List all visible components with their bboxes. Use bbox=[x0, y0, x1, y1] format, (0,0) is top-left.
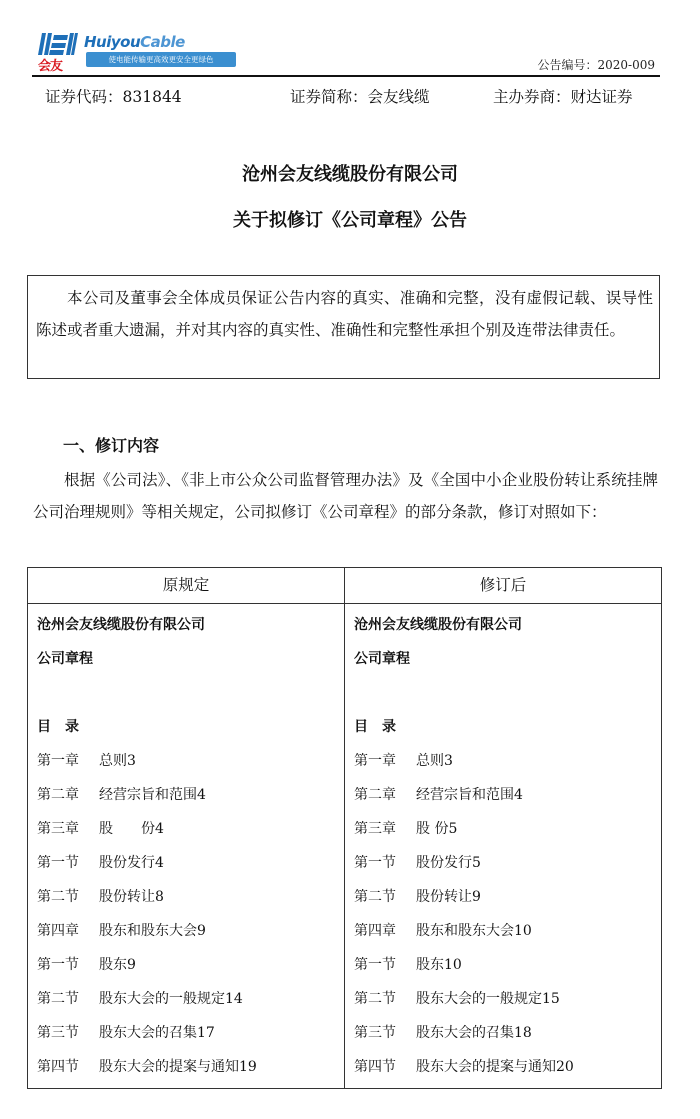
revision-comparison-table: 原规定 修订后 沧州会友线缆股份有限公司 公司章程 目 录 第一章总则3 第二章… bbox=[27, 567, 662, 1089]
section-paragraph: 根据《公司法》、《非上市公众公司监督管理办法》及《全国中小企业股份转让系统挂牌公… bbox=[33, 464, 658, 528]
toc-item: 第三章股 份5 bbox=[354, 812, 653, 846]
company-logo: 会友 HuiyouCable 使电能传输更高效更安全更绿色 bbox=[36, 33, 202, 73]
toc-item: 第二节股份转让8 bbox=[37, 880, 336, 914]
doc-name: 公司章程 bbox=[354, 642, 653, 676]
toc-item: 第四节股东大会的提案与通知19 bbox=[37, 1050, 336, 1084]
toc-item: 第三节股东大会的召集18 bbox=[354, 1016, 653, 1050]
toc-item: 第一章总则3 bbox=[354, 744, 653, 778]
logo-mark-icon: 会友 bbox=[36, 33, 80, 71]
toc-heading: 目 录 bbox=[37, 710, 336, 744]
toc-heading: 目 录 bbox=[354, 710, 653, 744]
company-name: 沧州会友线缆股份有限公司 bbox=[354, 608, 653, 642]
sponsor-broker: 主办券商：财达证券 bbox=[493, 85, 633, 107]
doc-name: 公司章程 bbox=[37, 642, 336, 676]
announcement-number: 公告编号：2020-009 bbox=[538, 56, 656, 73]
toc-item: 第四节股东大会的提案与通知20 bbox=[354, 1050, 653, 1084]
logo-wordmark: HuiyouCable bbox=[84, 33, 185, 51]
toc-item: 第二章经营宗旨和范围4 bbox=[37, 778, 336, 812]
toc-item: 第三节股东大会的召集17 bbox=[37, 1016, 336, 1050]
toc-item: 第一章总则3 bbox=[37, 744, 336, 778]
toc-item: 第二节股份转让9 bbox=[354, 880, 653, 914]
toc-item: 第一节股东9 bbox=[37, 948, 336, 982]
toc-item: 第一节股份发行4 bbox=[37, 846, 336, 880]
toc-item: 第二节股东大会的一般规定15 bbox=[354, 982, 653, 1016]
document-title-subject: 关于拟修订《公司章程》公告 bbox=[0, 206, 700, 232]
toc-item: 第二章经营宗旨和范围4 bbox=[354, 778, 653, 812]
disclaimer-box: 本公司及董事会全体成员保证公告内容的真实、准确和完整，没有虚假记载、误导性陈述或… bbox=[27, 275, 660, 379]
toc-item: 第四章股东和股东大会10 bbox=[354, 914, 653, 948]
column-header-revised: 修订后 bbox=[345, 568, 662, 604]
disclaimer-text: 本公司及董事会全体成员保证公告内容的真实、准确和完整，没有虚假记载、误导性陈述或… bbox=[36, 282, 653, 346]
logo-tagline: 使电能传输更高效更安全更绿色 bbox=[86, 52, 236, 67]
toc-item: 第一节股东10 bbox=[354, 948, 653, 982]
original-cell: 沧州会友线缆股份有限公司 公司章程 目 录 第一章总则3 第二章经营宗旨和范围4… bbox=[28, 604, 345, 1089]
table-row: 沧州会友线缆股份有限公司 公司章程 目 录 第一章总则3 第二章经营宗旨和范围4… bbox=[28, 604, 662, 1089]
document-title-company: 沧州会友线缆股份有限公司 bbox=[0, 160, 700, 186]
column-header-original: 原规定 bbox=[28, 568, 345, 604]
header-rule bbox=[32, 75, 660, 77]
toc-item: 第一节股份发行5 bbox=[354, 846, 653, 880]
toc-item: 第四章股东和股东大会9 bbox=[37, 914, 336, 948]
security-abbreviation: 证券简称：会友线缆 bbox=[290, 85, 430, 107]
revised-cell: 沧州会友线缆股份有限公司 公司章程 目 录 第一章总则3 第二章经营宗旨和范围4… bbox=[345, 604, 662, 1089]
section-heading: 一、修订内容 bbox=[63, 433, 159, 456]
security-code: 证券代码：831844 bbox=[45, 85, 182, 107]
company-name: 沧州会友线缆股份有限公司 bbox=[37, 608, 336, 642]
toc-item: 第三章股 份4 bbox=[37, 812, 336, 846]
toc-item: 第二节股东大会的一般规定14 bbox=[37, 982, 336, 1016]
table-header-row: 原规定 修订后 bbox=[28, 568, 662, 604]
